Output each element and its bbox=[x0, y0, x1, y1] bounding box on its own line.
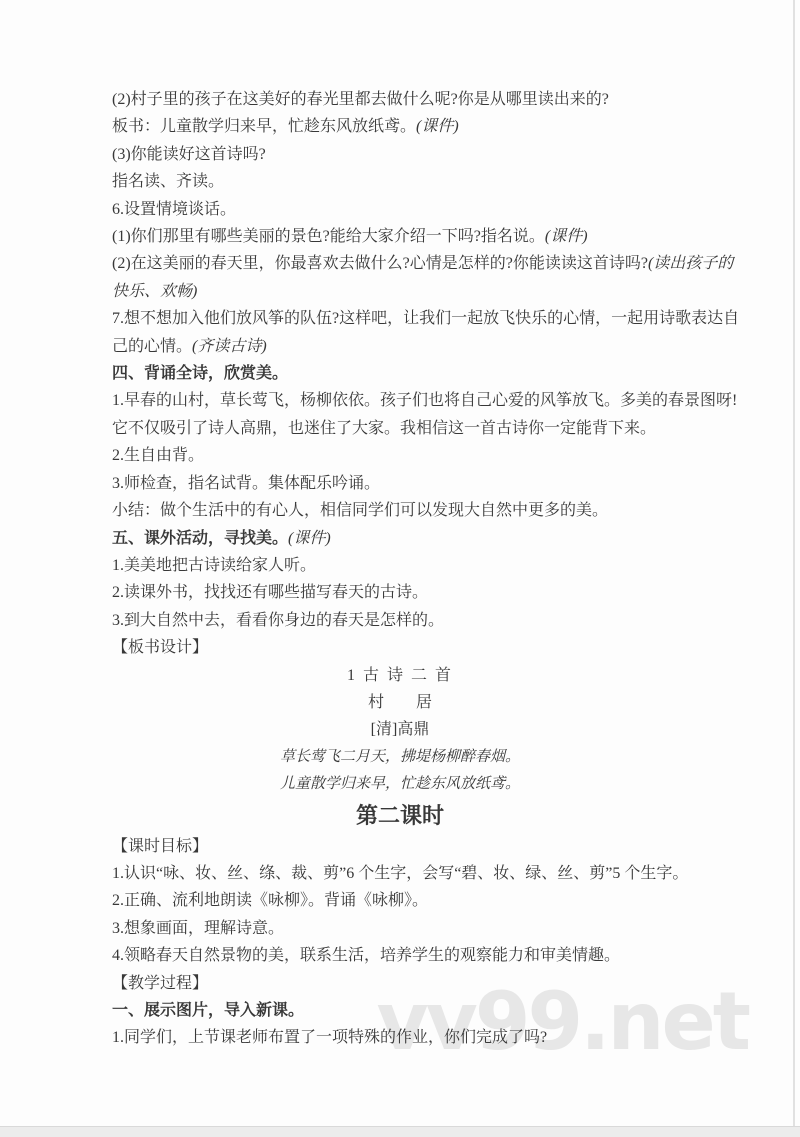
text-run: 2.生自由背。 bbox=[112, 447, 204, 464]
bottom-scroll-strip bbox=[0, 1126, 800, 1137]
paragraph-line: 五、课外活动，寻找美。(课件) bbox=[112, 525, 688, 552]
paragraph-line: 【教学过程】 bbox=[112, 970, 688, 997]
text-run: 己的心情。 bbox=[112, 338, 192, 355]
paragraph-line: 指名读、齐读。 bbox=[112, 168, 688, 195]
text-run: 3.想象画面，理解诗意。 bbox=[112, 920, 284, 937]
text-run: 一、展示图片，导入新课。 bbox=[112, 1002, 304, 1019]
paragraph-line: 一、展示图片，导入新课。 bbox=[112, 997, 688, 1024]
text-run: (1)你们那里有哪些美丽的景色?能给大家介绍一下吗?指名说。 bbox=[112, 228, 545, 245]
text-run: 【课时目标】 bbox=[112, 838, 208, 855]
text-run: 6.设置情境谈话。 bbox=[112, 201, 236, 218]
text-run: 1.美美地把古诗读给家人听。 bbox=[112, 557, 316, 574]
text-run: [清]高鼎 bbox=[371, 721, 430, 738]
paragraph-line: 己的心情。(齐读古诗) bbox=[112, 333, 688, 360]
text-run: 2.正确、流利地朗读《咏柳》。背诵《咏柳》。 bbox=[112, 892, 428, 909]
section-heading: 第二课时 bbox=[112, 799, 688, 833]
document-body: (2)村子里的孩子在这美好的春光里都去做什么呢?你是从哪里读出来的?板书：儿童散… bbox=[0, 0, 800, 1052]
paragraph-line: 7.想不想加入他们放风筝的队伍?这样吧，让我们一起放飞快乐的心情，一起用诗歌表达… bbox=[112, 305, 688, 332]
paragraph-line: 3.想象画面，理解诗意。 bbox=[112, 915, 688, 942]
text-run: (3)你能读好这首诗吗? bbox=[112, 146, 266, 163]
text-run: 1 古 诗 二 首 bbox=[347, 667, 453, 684]
paragraph-line: 【板书设计】 bbox=[112, 634, 688, 661]
paragraph-line: 板书：儿童散学归来早，忙趁东风放纸鸢。(课件) bbox=[112, 113, 688, 140]
text-run: 1.同学们，上节课老师布置了一项特殊的作业，你们完成了吗? bbox=[112, 1029, 547, 1046]
paragraph-line: 2.正确、流利地朗读《咏柳》。背诵《咏柳》。 bbox=[112, 887, 688, 914]
text-run: 指名读、齐读。 bbox=[112, 173, 224, 190]
paragraph-line: 1.同学们，上节课老师布置了一项特殊的作业，你们完成了吗? bbox=[112, 1024, 688, 1051]
paragraph-line: 村 居 bbox=[112, 689, 688, 716]
paragraph-line: 1.美美地把古诗读给家人听。 bbox=[112, 552, 688, 579]
text-run: 3.师检查，指名试背。集体配乐吟诵。 bbox=[112, 475, 380, 492]
text-run: 板书：儿童散学归来早，忙趁东风放纸鸢。 bbox=[112, 118, 416, 135]
text-run: 2.读课外书，找找还有哪些描写春天的古诗。 bbox=[112, 584, 428, 601]
paragraph-line: (2)在这美丽的春天里，你最喜欢去做什么?心情是怎样的?你能读读这首诗吗?(读出… bbox=[112, 250, 688, 277]
paragraph-line: 1.早春的山村，草长莺飞，杨柳依依。孩子们也将自己心爱的风筝放飞。多美的春景图呀… bbox=[112, 387, 688, 414]
paragraph-line: 3.到大自然中去，看看你身边的春天是怎样的。 bbox=[112, 607, 688, 634]
paragraph-line: 四、背诵全诗，欣赏美。 bbox=[112, 360, 688, 387]
paragraph-line: 【课时目标】 bbox=[112, 833, 688, 860]
text-run: 1.早春的山村，草长莺飞，杨柳依依。孩子们也将自己心爱的风筝放飞。多美的春景图呀… bbox=[112, 392, 737, 409]
paragraph-line: 2.读课外书，找找还有哪些描写春天的古诗。 bbox=[112, 579, 688, 606]
paragraph-line: 4.领略春天自然景物的美，联系生活，培养学生的观察能力和审美情趣。 bbox=[112, 942, 688, 969]
paragraph-line: (2)村子里的孩子在这美好的春光里都去做什么呢?你是从哪里读出来的? bbox=[112, 86, 688, 113]
paragraph-line: 6.设置情境谈话。 bbox=[112, 196, 688, 223]
text-run: 四、背诵全诗，欣赏美。 bbox=[112, 365, 288, 382]
text-run: 小结：做个生活中的有心人，相信同学们可以发现大自然中更多的美。 bbox=[112, 502, 608, 519]
paragraph-line: 快乐、欢畅) bbox=[112, 278, 688, 305]
page-right-edge-line bbox=[793, 0, 795, 1137]
text-run: 草长莺飞二月天，拂堤杨柳醉春烟。 bbox=[280, 749, 520, 765]
paragraph-line: (3)你能读好这首诗吗? bbox=[112, 141, 688, 168]
text-run: (课件) bbox=[416, 118, 459, 135]
text-run: 快乐、欢畅) bbox=[112, 283, 197, 300]
text-run: (读出孩子的 bbox=[648, 255, 733, 272]
paragraph-line: 3.师检查，指名试背。集体配乐吟诵。 bbox=[112, 470, 688, 497]
text-run: 【教学过程】 bbox=[112, 975, 208, 992]
text-run: (2)村子里的孩子在这美好的春光里都去做什么呢?你是从哪里读出来的? bbox=[112, 91, 609, 108]
paragraph-line: 草长莺飞二月天，拂堤杨柳醉春烟。 bbox=[112, 744, 688, 771]
text-run: 第二课时 bbox=[356, 803, 444, 828]
paragraph-line: 1.认识“咏、妆、丝、绦、裁、剪”6 个生字，会写“碧、妆、绿、丝、剪”5 个生… bbox=[112, 860, 688, 887]
text-run: 村 居 bbox=[368, 694, 432, 711]
text-run: 儿童散学归来早，忙趁东风放纸鸢。 bbox=[280, 776, 520, 792]
text-run: (齐读古诗) bbox=[192, 338, 267, 355]
text-run: 五、课外活动，寻找美。 bbox=[112, 530, 288, 547]
paragraph-line: 它不仅吸引了诗人高鼎，也迷住了大家。我相信这一首古诗你一定能背下来。 bbox=[112, 415, 688, 442]
text-run: 【板书设计】 bbox=[112, 639, 208, 656]
text-run: 它不仅吸引了诗人高鼎，也迷住了大家。我相信这一首古诗你一定能背下来。 bbox=[112, 420, 656, 437]
text-run: 3.到大自然中去，看看你身边的春天是怎样的。 bbox=[112, 612, 444, 629]
paragraph-line: (1)你们那里有哪些美丽的景色?能给大家介绍一下吗?指名说。(课件) bbox=[112, 223, 688, 250]
text-run: (2)在这美丽的春天里，你最喜欢去做什么?心情是怎样的?你能读读这首诗吗? bbox=[112, 255, 648, 272]
paragraph-line: 小结：做个生活中的有心人，相信同学们可以发现大自然中更多的美。 bbox=[112, 497, 688, 524]
text-run: (课件) bbox=[545, 228, 588, 245]
paragraph-line: 儿童散学归来早，忙趁东风放纸鸢。 bbox=[112, 771, 688, 798]
text-run: 7.想不想加入他们放风筝的队伍?这样吧，让我们一起放飞快乐的心情，一起用诗歌表达… bbox=[112, 310, 739, 327]
text-run: (课件) bbox=[288, 530, 331, 547]
paragraph-line: 2.生自由背。 bbox=[112, 442, 688, 469]
text-run: 1.认识“咏、妆、丝、绦、裁、剪”6 个生字，会写“碧、妆、绿、丝、剪”5 个生… bbox=[112, 865, 688, 882]
text-run: 4.领略春天自然景物的美，联系生活，培养学生的观察能力和审美情趣。 bbox=[112, 947, 620, 964]
paragraph-line: [清]高鼎 bbox=[112, 716, 688, 743]
document-page: vv99.net (2)村子里的孩子在这美好的春光里都去做什么呢?你是从哪里读出… bbox=[0, 0, 800, 1137]
paragraph-line: 1 古 诗 二 首 bbox=[112, 662, 688, 689]
